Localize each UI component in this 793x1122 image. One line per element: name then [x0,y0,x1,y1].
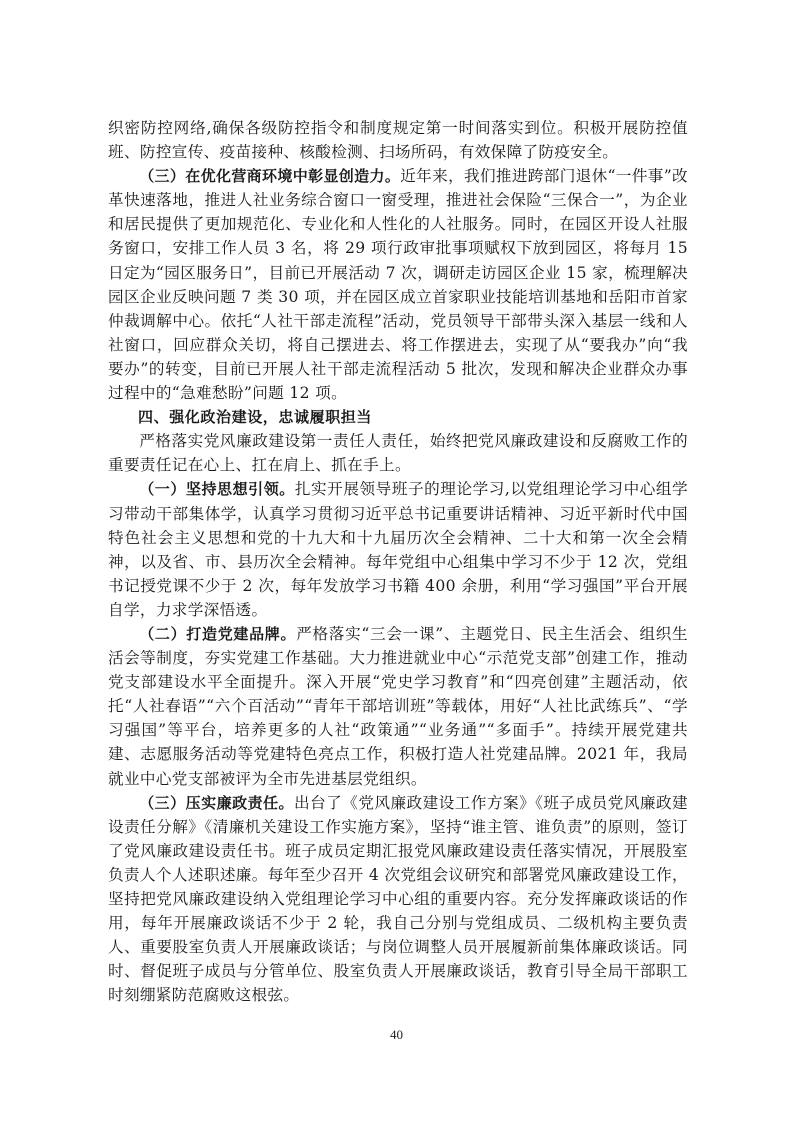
page-number: 40 [0,1027,793,1043]
paragraph-text: 严格落实党风廉政建设第一责任人责任，始终把党风廉政建设和反腐败工作的重要责任记在… [108,432,688,474]
paragraph-party-brand: （二）打造党建品牌。严格落实“三会一课”、主题党日、民主生活会、组织生活会等制度… [108,622,688,791]
paragraph-integrity-responsibility: （三）压实廉政责任。出台了《党风廉政建设工作方案》《班子成员党风廉政建设责任分解… [108,791,688,1008]
paragraph-continuation: 织密防控网络,确保各级防控指令和制度规定第一时间落实到位。积极开展防控值班、防控… [108,116,688,164]
paragraph-text: 织密防控网络,确保各级防控指令和制度规定第一时间落实到位。积极开展防控值班、防控… [108,119,688,161]
paragraph-text: 出台了《党风廉政建设工作方案》《班子成员党风廉政建设责任分解》《清廉机关建设工作… [108,794,688,1005]
paragraph-ideological-leadership: （一）坚持思想引领。扎实开展领导班子的理论学习,以党组理论学习中心组学习带动干部… [108,477,688,622]
paragraph-text: 严格落实“三会一课”、主题党日、民主生活会、组织生活会等制度，夯实党建工作基础。… [108,625,688,788]
paragraph-responsibility-intro: 严格落实党风廉政建设第一责任人责任，始终把党风廉政建设和反腐败工作的重要责任记在… [108,429,688,477]
paragraph-text: 近年来，我们推进跨部门退休“一件事”改革快速落地，推进人社业务综合窗口一窗受理，… [108,167,688,402]
section-heading-political-construction: 四、强化政治建设，忠诚履职担当 [108,405,688,429]
subsection-lead: （三）压实廉政责任。 [139,794,294,812]
paragraph-optimize-business-environment: （三）在优化营商环境中彰显创造力。近年来，我们推进跨部门退休“一件事”改革快速落… [108,164,688,405]
subsection-lead: （二）打造党建品牌。 [139,625,296,643]
document-body: 织密防控网络,确保各级防控指令和制度规定第一时间落实到位。积极开展防控值班、防控… [108,116,688,1007]
paragraph-text: 扎实开展领导班子的理论学习,以党组理论学习中心组学习带动干部集体学，认真学习贯彻… [108,480,688,618]
subsection-lead: （一）坚持思想引领。 [139,480,295,498]
subsection-lead: （三）在优化营商环境中彰显创造力。 [139,167,400,185]
